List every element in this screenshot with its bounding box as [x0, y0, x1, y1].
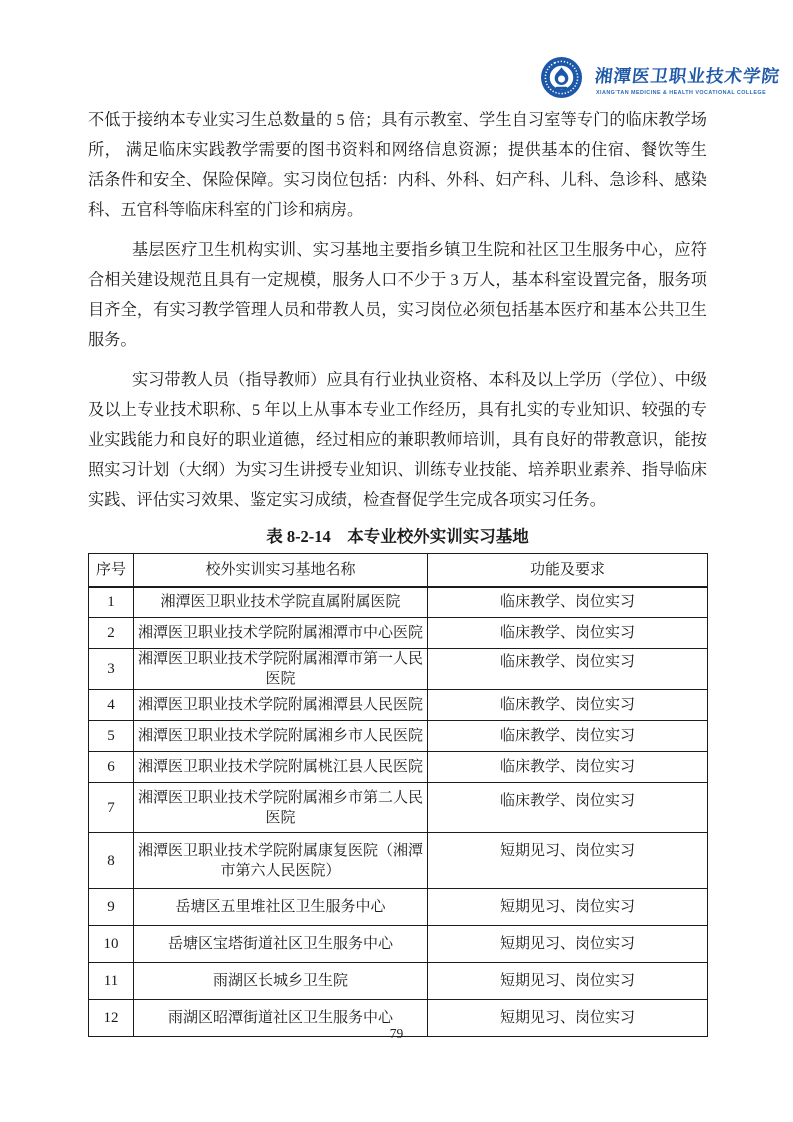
paragraph-instructor-requirements: 实习带教人员（指导教师）应具有行业执业资格、本科及以上学历（学位）、中级及以上专… [88, 365, 707, 515]
base-name-cell: 湘潭医卫职业技术学院直属附属医院 [134, 587, 428, 618]
base-name-cell: 岳塘区宝塔街道社区卫生服务中心 [134, 926, 428, 963]
row-number-cell: 9 [89, 889, 134, 926]
base-name-cell: 湘潭医卫职业技术学院附属桃江县人民医院 [134, 752, 428, 783]
function-cell: 临床教学、岗位实习 [428, 587, 708, 618]
function-cell: 临床教学、岗位实习 [428, 752, 708, 783]
table-row: 8 湘潭医卫职业技术学院附属康复医院（湘潭市第六人民医院） 短期见习、岗位实习 [89, 833, 708, 889]
table-row: 4 湘潭医卫职业技术学院附属湘潭县人民医院 临床教学、岗位实习 [89, 690, 708, 721]
table-row: 7 湘潭医卫职业技术学院附属湘乡市第二人民医院 临床教学、岗位实习 [89, 783, 708, 833]
page-number: 79 [0, 1026, 793, 1042]
row-number-cell: 10 [89, 926, 134, 963]
function-cell: 临床教学、岗位实习 [428, 690, 708, 721]
function-cell: 短期见习、岗位实习 [428, 889, 708, 926]
document-body: 不低于接纳本专业实习生总数量的 5 倍；具有示教室、学生自习室等专门的临床教学场… [88, 105, 707, 1037]
function-cell: 临床教学、岗位实习 [428, 721, 708, 752]
table-row: 10 岳塘区宝塔街道社区卫生服务中心 短期见习、岗位实习 [89, 926, 708, 963]
row-number-cell: 8 [89, 833, 134, 889]
row-number-cell: 7 [89, 783, 134, 833]
table-row: 6 湘潭医卫职业技术学院附属桃江县人民医院 临床教学、岗位实习 [89, 752, 708, 783]
row-number-cell: 11 [89, 963, 134, 1000]
base-name-cell: 湘潭医卫职业技术学院附属湘乡市第二人民医院 [134, 783, 428, 833]
table-row: 5 湘潭医卫职业技术学院附属湘乡市人民医院 临床教学、岗位实习 [89, 721, 708, 752]
college-name-en: XIANG'TAN MEDICINE & HEALTH VOCATIONAL C… [596, 90, 766, 96]
base-name-cell: 湘潭医卫职业技术学院附属湘潭市中心医院 [134, 618, 428, 649]
table-header-row: 序号 校外实训实习基地名称 功能及要求 [89, 554, 708, 587]
header-base-name: 校外实训实习基地名称 [134, 554, 428, 587]
header-function: 功能及要求 [428, 554, 708, 587]
function-cell: 短期见习、岗位实习 [428, 833, 708, 889]
row-number-cell: 5 [89, 721, 134, 752]
table-row: 3 湘潭医卫职业技术学院附属湘潭市第一人民医院 临床教学、岗位实习 [89, 649, 708, 690]
table-title: 表 8-2-14 本专业校外实训实习基地 [88, 525, 707, 549]
base-name-cell: 湘潭医卫职业技术学院附属康复医院（湘潭市第六人民医院） [134, 833, 428, 889]
function-cell: 临床教学、岗位实习 [428, 649, 708, 690]
table-row: 11 雨湖区长城乡卫生院 短期见习、岗位实习 [89, 963, 708, 1000]
row-number-cell: 6 [89, 752, 134, 783]
paragraph-clinical-base-requirements: 不低于接纳本专业实习生总数量的 5 倍；具有示教室、学生自习室等专门的临床教学场… [88, 105, 707, 225]
college-emblem-icon [540, 56, 583, 99]
table-row: 1 湘潭医卫职业技术学院直属附属医院 临床教学、岗位实习 [89, 587, 708, 618]
function-cell: 短期见习、岗位实习 [428, 926, 708, 963]
header-serial-number: 序号 [89, 554, 134, 587]
row-number-cell: 2 [89, 618, 134, 649]
base-name-cell: 湘潭医卫职业技术学院附属湘乡市人民医院 [134, 721, 428, 752]
college-name-cn: 湘潭医卫职业技术学院 [594, 63, 782, 88]
row-number-cell: 4 [89, 690, 134, 721]
row-number-cell: 1 [89, 587, 134, 618]
function-cell: 临床教学、岗位实习 [428, 783, 708, 833]
row-number-cell: 3 [89, 649, 134, 690]
base-name-cell: 湘潭医卫职业技术学院附属湘潭县人民医院 [134, 690, 428, 721]
paragraph-grassroots-base-requirements: 基层医疗卫生机构实训、实习基地主要指乡镇卫生院和社区卫生服务中心，应符合相关建设… [88, 235, 707, 355]
document-page: 湘潭医卫职业技术学院 XIANG'TAN MEDICINE & HEALTH V… [0, 0, 793, 1122]
base-name-cell: 湘潭医卫职业技术学院附属湘潭市第一人民医院 [134, 649, 428, 690]
function-cell: 临床教学、岗位实习 [428, 618, 708, 649]
training-bases-table: 序号 校外实训实习基地名称 功能及要求 1 湘潭医卫职业技术学院直属附属医院 临… [88, 553, 708, 1037]
base-name-cell: 岳塘区五里堆社区卫生服务中心 [134, 889, 428, 926]
table-row: 2 湘潭医卫职业技术学院附属湘潭市中心医院 临床教学、岗位实习 [89, 618, 708, 649]
table-row: 9 岳塘区五里堆社区卫生服务中心 短期见习、岗位实习 [89, 889, 708, 926]
function-cell: 短期见习、岗位实习 [428, 963, 708, 1000]
base-name-cell: 雨湖区长城乡卫生院 [134, 963, 428, 1000]
